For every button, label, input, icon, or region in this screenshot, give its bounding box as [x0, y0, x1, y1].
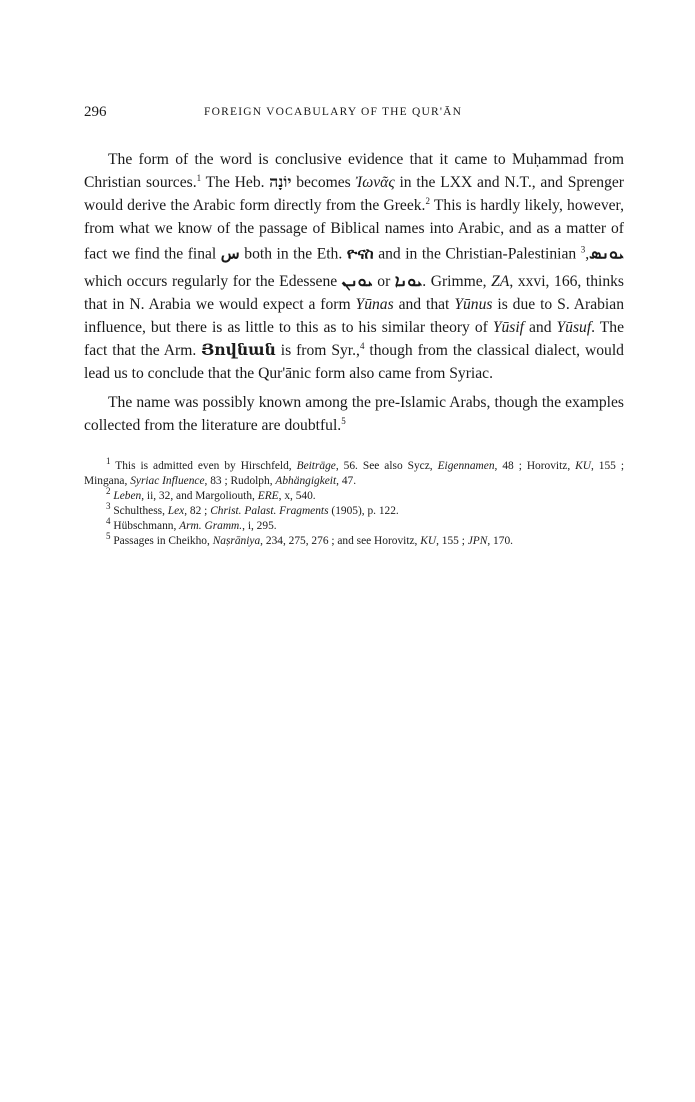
- arabic-letter: س: [221, 246, 240, 263]
- footnote-2: 2 Leben, ii, 32, and Margoliouth, ERE, x…: [84, 489, 624, 504]
- armenian-word: Յովնան: [201, 342, 276, 359]
- footnote-1: 1 This is admitted even by Hirschfeld, B…: [84, 459, 624, 489]
- paragraph-1: The form of the word is conclusive evide…: [84, 148, 624, 385]
- paragraph-2: The name was possibly known among the pr…: [84, 391, 624, 437]
- page-number: 296: [84, 104, 107, 121]
- footnote-4: 4 Hübschmann, Arm. Gramm., i, 295.: [84, 519, 624, 534]
- book-page: 296 FOREIGN VOCABULARY OF THE QUR'ĀN The…: [84, 104, 624, 549]
- syriac-edessene-word-2: ܝܘܢܐ: [395, 273, 422, 290]
- footnote-5: 5 Passages in Cheikho, Naṣrāniya, 234, 2…: [84, 534, 624, 549]
- footnote-3: 3 Schulthess, Lex, 82 ; Christ. Palast. …: [84, 504, 624, 519]
- footnote-ref-5: 5: [341, 416, 346, 426]
- running-head: 296 FOREIGN VOCABULARY OF THE QUR'ĀN: [84, 104, 624, 126]
- body-text: The form of the word is conclusive evide…: [84, 148, 624, 437]
- journal-abbrev: ZA: [491, 273, 509, 290]
- footnotes: 1 This is admitted even by Hirschfeld, B…: [84, 459, 624, 549]
- syriac-edessene-word-1: ܝܘܢܢ: [342, 273, 373, 290]
- greek-word: Ἰωνᾶς: [356, 174, 395, 191]
- footnote-ref-3: 3: [581, 244, 586, 254]
- hebrew-word: יוֹנָה: [269, 174, 291, 191]
- running-title: FOREIGN VOCABULARY OF THE QUR'ĀN: [204, 106, 462, 118]
- ethiopic-word: ዮናስ: [347, 246, 374, 263]
- syriac-cp-word: ܝܘܢܣ: [589, 246, 624, 263]
